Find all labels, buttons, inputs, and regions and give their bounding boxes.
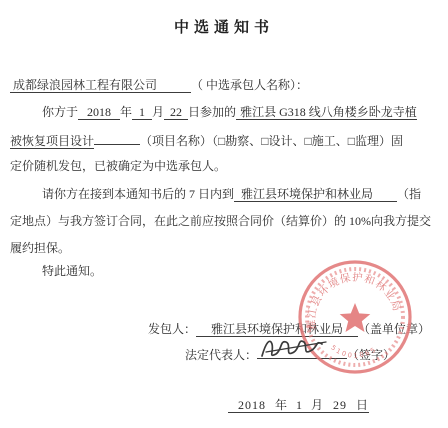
date-day: 29 xyxy=(324,398,356,412)
body-text: 你方于 xyxy=(42,105,78,119)
recipient-line: 成都绿浪园林工程有限公司（ 中选承包人名称）： xyxy=(10,78,442,93)
date-month: 1 xyxy=(288,398,311,412)
project-name-part2: 被恢复项目设计 xyxy=(10,134,94,149)
body-text: 月 xyxy=(152,105,164,119)
recipient-company: 成都绿浪园林工程有限公司 xyxy=(10,78,191,93)
legal-rep-label: 法定代表人： xyxy=(185,348,257,362)
contract-venue: 雅江县环境保护和林业局 xyxy=(234,187,397,202)
award-notice-document: 中选通知书 成都绿浪园林工程有限公司（ 中选承包人名称）： 你方于2018年1月… xyxy=(0,0,448,428)
contract-line-1: 请你方在接到本通知书后的 7 日内到雅江县环境保护和林业局（指 xyxy=(10,187,442,202)
date-line: 2018年1月29日 xyxy=(228,398,442,413)
participation-line-1: 你方于2018年1月22日参加的雅江县 G318 线八角楼乡卧龙寺植 xyxy=(10,105,442,120)
project-name-part1: 雅江县 G318 线八角楼乡卧龙寺植 xyxy=(236,105,417,120)
participation-line-2: 被恢复项目设计（项目名称）（□勘察、□设计、□施工、□监理）固 xyxy=(10,132,442,149)
date-text: 年 xyxy=(275,398,288,412)
body-text: （指 xyxy=(397,187,421,201)
participation-year: 2018 xyxy=(78,105,120,120)
issuer-label: 发包人： xyxy=(148,322,196,336)
legal-rep-line: 法定代表人：（签字） xyxy=(185,346,442,363)
body-text: 定价随机发包，已被确定为中选承包人。 xyxy=(10,159,226,173)
date-text: 日 xyxy=(356,398,369,412)
body-text: 年 xyxy=(120,105,132,119)
body-text: 定地点）与我方签订合同，在此之前应按照合同价（结算价）的 10%向我方提交 xyxy=(10,214,431,228)
blank-underline xyxy=(94,132,140,145)
contract-line-2: 定地点）与我方签订合同，在此之前应按照合同价（结算价）的 10%向我方提交 xyxy=(10,214,442,229)
participation-line-3: 定价随机发包，已被确定为中选承包人。 xyxy=(10,159,442,174)
contract-line-3: 履约担保。 xyxy=(10,241,442,256)
legal-rep-suffix: （签字） xyxy=(347,348,395,362)
body-text: （项目名称）（□勘察、□设计、□施工、□监理）固 xyxy=(140,134,403,148)
body-text: 请你方在接到本通知书后的 7 日内到 xyxy=(42,187,234,201)
signature-underline xyxy=(257,346,347,359)
body-text: 日参加的 xyxy=(188,105,236,119)
issuer-line: 发包人：雅江县环境保护和林业局（盖单位章） xyxy=(148,322,442,337)
participation-day: 22 xyxy=(164,105,188,120)
participation-month: 1 xyxy=(132,105,152,120)
document-title: 中选通知书 xyxy=(0,16,448,37)
issuer-value: 雅江县环境保护和林业局 xyxy=(196,322,358,337)
body-text: 履约担保。 xyxy=(10,241,70,255)
notice-line: 特此通知。 xyxy=(10,264,442,279)
date-text: 月 xyxy=(311,398,324,412)
date-year: 2018 xyxy=(228,398,275,412)
date-underlined-run: 2018年1月29日 xyxy=(228,398,369,413)
issuer-suffix: （盖单位章） xyxy=(358,322,430,336)
recipient-label: （ 中选承包人名称）： xyxy=(191,78,308,92)
